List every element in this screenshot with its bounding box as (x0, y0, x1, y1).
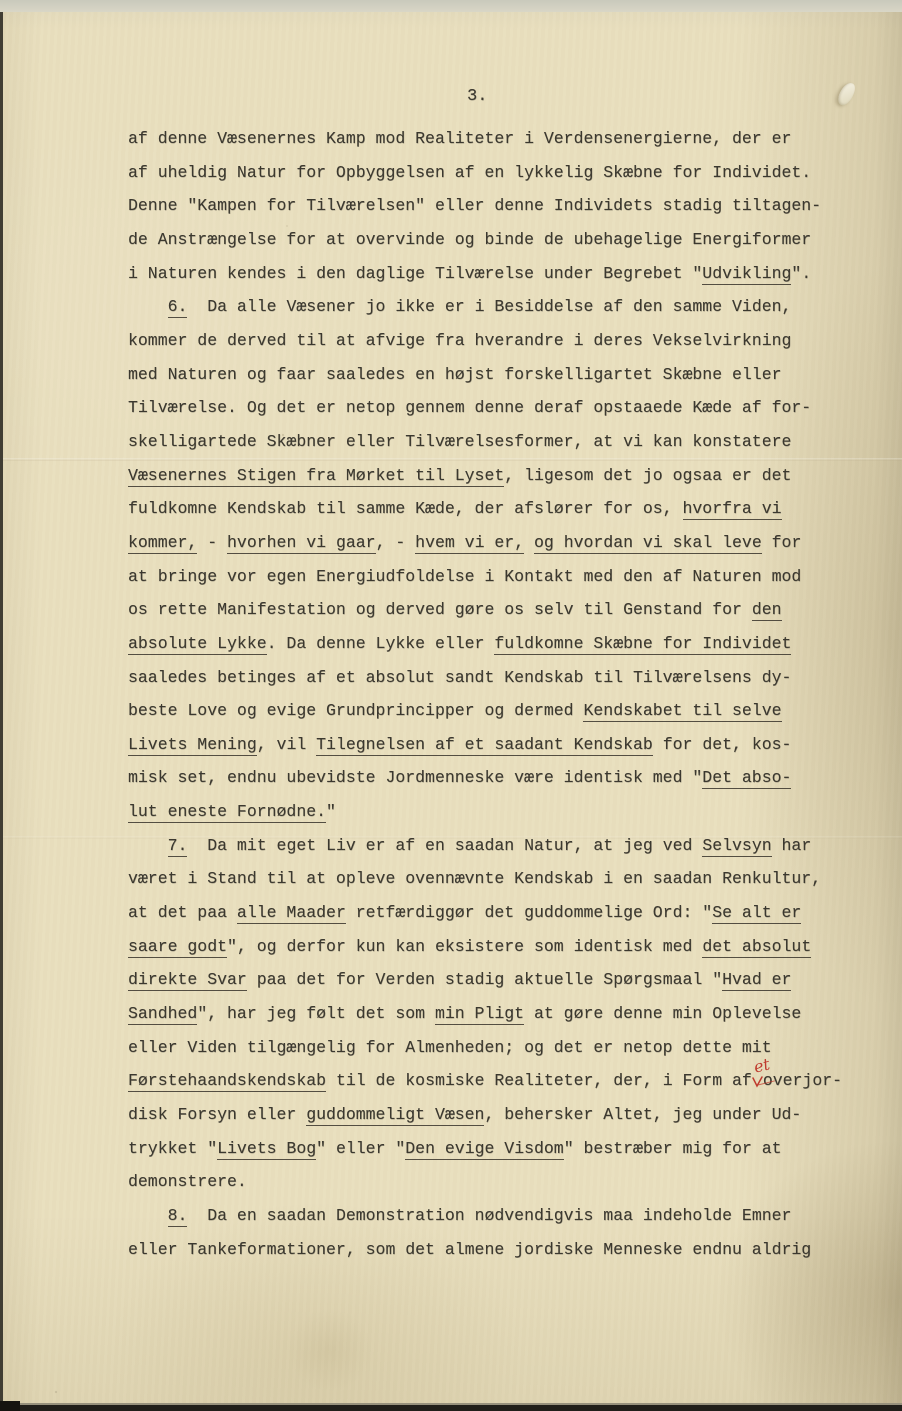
underlined-text: kommer, (128, 533, 197, 554)
text-segment: paa det for Verden stadig aktuelle Spørg… (247, 970, 722, 989)
underlined-text: min Pligt (435, 1004, 524, 1025)
underlined-text: 7. (168, 836, 188, 857)
text-segment: eller Viden tilgængelig for Almenheden; … (128, 1038, 772, 1057)
underlined-text: Væsenernes Stigen fra Mørket til Lyset (128, 466, 504, 487)
text-line: Sandhed", har jeg følt det som min Pligt… (128, 997, 858, 1031)
text-segment: ", har jeg følt det som (197, 1004, 435, 1023)
underlined-text: den (752, 600, 782, 621)
scanned-document-page: 3. af denne Væsenernes Kamp mod Realitet… (0, 0, 902, 1411)
underlined-text: fuldkomne Skæbne for Individet (494, 634, 791, 655)
underlined-text: Førstehaandskendskab (128, 1071, 326, 1092)
text-line: demonstrere. (128, 1165, 858, 1199)
text-segment: Tilværelse. Og det er netop gennem denne… (128, 398, 811, 417)
underlined-text: Tilegnelsen af et saadant Kendskab (316, 735, 653, 756)
underlined-text: det absolut (702, 937, 811, 958)
text-line: kommer de derved til at afvige fra hvera… (128, 324, 858, 358)
text-segment (128, 297, 168, 316)
text-line: 8. Da en saadan Demonstration nødvendigv… (128, 1199, 858, 1233)
text-segment: misk set, endnu ubevidste Jordmenneske v… (128, 768, 702, 787)
underlined-text: hvem vi er, (415, 533, 524, 554)
text-line: i Naturen kendes i den daglige Tilværels… (128, 257, 858, 291)
text-segment: kommer de derved til at afvige fra hvera… (128, 331, 791, 350)
text-line: af denne Væsenernes Kamp mod Realiteter … (128, 122, 858, 156)
underlined-text: hvorfra vi (683, 499, 782, 520)
text-segment: , vil (257, 735, 316, 754)
text-segment: eller Tankeformationer, som det almene j… (128, 1240, 811, 1259)
text-segment: fuldkomne Kendskab til samme Kæde, der a… (128, 499, 683, 518)
text-line: Livets Mening, vil Tilegnelsen af et saa… (128, 728, 858, 762)
text-segment: disk Forsyn eller (128, 1105, 306, 1124)
text-line: os rette Manifestation og derved gøre os… (128, 593, 858, 627)
text-segment: retfærdiggør det guddommelige Ord: " (346, 903, 712, 922)
scan-edge-bottom (0, 1403, 902, 1411)
text-segment: ". (791, 264, 811, 283)
page-number: 3. (467, 87, 487, 106)
text-line: været i Stand til at opleve ovennævnte K… (128, 862, 858, 896)
text-segment: saaledes betinges af et absolut sandt Ke… (128, 668, 791, 687)
text-segment: at gøre denne min Oplevelse (524, 1004, 801, 1023)
scan-edge-top (0, 0, 902, 12)
text-segment: at det paa (128, 903, 237, 922)
text-segment (524, 533, 534, 552)
text-segment: af denne Væsenernes Kamp mod Realiteter … (128, 129, 791, 148)
scan-edge-left (0, 12, 3, 1406)
handwritten-insertion-caret: et (752, 1073, 763, 1085)
text-line: 6. Da alle Væsener jo ikke er i Besiddel… (128, 290, 858, 324)
text-line: direkte Svar paa det for Verden stadig a… (128, 963, 858, 997)
text-segment: været i Stand til at opleve ovennævnte K… (128, 869, 821, 888)
text-line: skelligartede Skæbner eller Tilværelsesf… (128, 425, 858, 459)
text-segment: Denne "Kampen for Tilværelsen" eller den… (128, 196, 821, 215)
text-line: fuldkomne Kendskab til samme Kæde, der a… (128, 492, 858, 526)
scan-corner-mark (0, 1401, 20, 1411)
underlined-text: Se alt er (712, 903, 801, 924)
underlined-text: Det abso- (702, 768, 791, 789)
underlined-text: og hvordan vi skal leve (534, 533, 762, 554)
underlined-text: guddommeligt Væsen (306, 1105, 484, 1126)
text-segment: Da alle Væsener jo ikke er i Besiddelse … (187, 297, 791, 316)
underlined-text: Sandhed (128, 1004, 197, 1025)
text-line: misk set, endnu ubevidste Jordmenneske v… (128, 761, 858, 795)
text-segment: " eller " (316, 1139, 405, 1158)
text-segment: " bestræber mig for at (564, 1139, 782, 1158)
text-segment: - (197, 533, 227, 552)
text-line: Denne "Kampen for Tilværelsen" eller den… (128, 189, 858, 223)
text-line: af uheldig Natur for Opbyggelsen af en l… (128, 156, 858, 190)
text-line: eller Tankeformationer, som det almene j… (128, 1233, 858, 1267)
underlined-text: Livets Mening (128, 735, 257, 756)
text-line: at det paa alle Maader retfærdiggør det … (128, 896, 858, 930)
underlined-text: Kendskabet til selve (583, 701, 781, 722)
underlined-text: Selvsyn (702, 836, 771, 857)
text-segment: , behersker Altet, jeg under Ud- (484, 1105, 801, 1124)
text-segment: trykket " (128, 1139, 217, 1158)
text-segment: de Anstrængelse for at overvinde og bind… (128, 230, 811, 249)
text-segment: at bringe vor egen Energiudfoldelse i Ko… (128, 567, 801, 586)
document-text: af denne Væsenernes Kamp mod Realiteter … (128, 122, 858, 1266)
text-line: disk Forsyn eller guddommeligt Væsen, be… (128, 1098, 858, 1132)
text-line: at bringe vor egen Energiudfoldelse i Ko… (128, 560, 858, 594)
text-segment: Da en saadan Demonstration nødvendigvis … (187, 1206, 791, 1225)
underlined-text: Livets Bog (217, 1139, 316, 1160)
text-segment: . Da denne Lykke eller (267, 634, 495, 653)
text-line: trykket "Livets Bog" eller "Den evige Vi… (128, 1132, 858, 1166)
text-segment: beste Love og evige Grundprincipper og d… (128, 701, 583, 720)
text-line: saare godt", og derfor kun kan eksistere… (128, 930, 858, 964)
text-line: 7. Da mit eget Liv er af en saadan Natur… (128, 829, 858, 863)
paper-blemish (836, 80, 858, 107)
text-segment (128, 836, 168, 855)
text-segment: i Naturen kendes i den daglige Tilværels… (128, 264, 702, 283)
text-segment: med Naturen og faar saaledes en højst fo… (128, 365, 782, 384)
text-line: lut eneste Fornødne." (128, 795, 858, 829)
text-line: eller Viden tilgængelig for Almenheden; … (128, 1031, 858, 1065)
text-segment: demonstrere. (128, 1172, 247, 1191)
underlined-text: 6. (168, 297, 188, 318)
underlined-text: Den evige Visdom (405, 1139, 563, 1160)
text-line: beste Love og evige Grundprincipper og d… (128, 694, 858, 728)
text-segment: Da mit eget Liv er af en saadan Natur, a… (187, 836, 702, 855)
underlined-text: Udvikling (702, 264, 791, 285)
text-line: Væsenernes Stigen fra Mørket til Lyset, … (128, 459, 858, 493)
underlined-text: direkte Svar (128, 970, 247, 991)
underlined-text: absolute Lykke (128, 634, 267, 655)
text-segment: har (772, 836, 812, 855)
text-segment: af uheldig Natur for Opbyggelsen af en l… (128, 163, 811, 182)
underlined-text: Hvad er (722, 970, 791, 991)
text-segment: os rette Manifestation og derved gøre os… (128, 600, 752, 619)
underlined-text: saare godt (128, 937, 227, 958)
text-segment: ", og derfor kun kan eksistere som ident… (227, 937, 702, 956)
underlined-text: hvorhen vi gaar (227, 533, 376, 554)
underlined-text: 8. (168, 1206, 188, 1227)
text-segment: for det, kos- (653, 735, 792, 754)
text-line: Tilværelse. Og det er netop gennem denne… (128, 391, 858, 425)
text-segment: til de kosmiske Realiteter, der, i Form … (326, 1071, 752, 1090)
text-segment: , ligesom det jo ogsaa er det (504, 466, 791, 485)
text-segment: " (326, 802, 336, 821)
underlined-text: lut eneste Fornødne. (128, 802, 326, 823)
text-segment: , - (376, 533, 416, 552)
text-line: absolute Lykke. Da denne Lykke eller ful… (128, 627, 858, 661)
text-line: Førstehaandskendskab til de kosmiske Rea… (128, 1064, 858, 1098)
text-segment (128, 1206, 168, 1225)
text-segment: skelligartede Skæbner eller Tilværelsesf… (128, 432, 791, 451)
text-line: de Anstrængelse for at overvinde og bind… (128, 223, 858, 257)
text-line: kommer, - hvorhen vi gaar, - hvem vi er,… (128, 526, 858, 560)
underlined-text: alle Maader (237, 903, 346, 924)
text-line: med Naturen og faar saaledes en højst fo… (128, 358, 858, 392)
text-segment: for (762, 533, 802, 552)
text-line: saaledes betinges af et absolut sandt Ke… (128, 661, 858, 695)
